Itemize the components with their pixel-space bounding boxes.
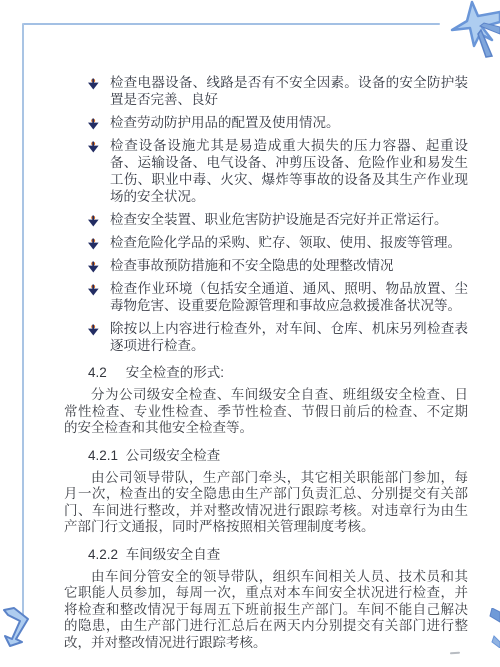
dart-bullet-icon bbox=[88, 140, 99, 152]
list-item-text: 检查作业环境（包括安全通道、通风、照明、物品放置、尘毒物危害、设重要危险源管理和… bbox=[110, 281, 468, 313]
list-item-text: 检查事故预防措施和不安全隐患的处理整改情况 bbox=[110, 258, 394, 273]
list-item: 检查危险化学品的采购、贮存、领取、使用、报废等管理。 bbox=[64, 234, 468, 251]
list-item-text: 检查劳动防护用品的配置及使用情况。 bbox=[110, 115, 340, 130]
section-title: 车间级安全自查 bbox=[126, 547, 221, 562]
list-item-text: 检查设备设施尤其是易造成重大损失的压力容器、起重设备、运输设备、电气设备、冲剪压… bbox=[110, 138, 468, 204]
dart-bullet-icon bbox=[88, 117, 99, 129]
dart-bullet-icon bbox=[88, 77, 99, 89]
section-heading-4-2-2: 4.2.2 车间级安全自查 bbox=[64, 546, 468, 563]
section-heading-4-2-1: 4.2.1 公司级安全检查 bbox=[64, 447, 468, 464]
section-paragraph: 由车间分管安全的领导带队，组织车间相关人员、技术员和其它职能人员参加，每周一次，… bbox=[64, 569, 468, 652]
dart-bullet-icon bbox=[88, 237, 99, 249]
chevron-arrow-partial-icon bbox=[488, 608, 500, 653]
section-number: 4.2.1 bbox=[88, 447, 122, 464]
dart-bullet-icon bbox=[88, 283, 99, 295]
list-item: 检查设备设施尤其是易造成重大损失的压力容器、起重设备、运输设备、电气设备、冲剪压… bbox=[64, 137, 468, 205]
sparkle-star-icon bbox=[434, 0, 500, 65]
dart-bullet-icon bbox=[88, 260, 99, 272]
document-page: 检查电器设备、线路是否有不安全因素。设备的安全防护装置是否完善、良好 检查劳动防… bbox=[0, 0, 500, 667]
section-number: 4.2 bbox=[88, 364, 122, 381]
list-item: 除按以上内容进行检查外，对车间、仓库、机床另列检查表逐项进行检查。 bbox=[64, 320, 468, 354]
page-border-top bbox=[23, 23, 440, 25]
list-item: 检查劳动防护用品的配置及使用情况。 bbox=[64, 114, 468, 131]
safety-check-bullet-list: 检查电器设备、线路是否有不安全因素。设备的安全防护装置是否完善、良好 检查劳动防… bbox=[64, 74, 468, 354]
list-item: 检查事故预防措施和不安全隐患的处理整改情况 bbox=[64, 257, 468, 274]
list-item-text: 检查电器设备、线路是否有不安全因素。设备的安全防护装置是否完善、良好 bbox=[110, 75, 468, 107]
chevron-arrow-icon bbox=[2, 606, 32, 653]
list-item: 检查电器设备、线路是否有不安全因素。设备的安全防护装置是否完善、良好 bbox=[64, 74, 468, 108]
document-content: 检查电器设备、线路是否有不安全因素。设备的安全防护装置是否完善、良好 检查劳动防… bbox=[64, 74, 468, 659]
list-item-text: 除按以上内容进行检查外，对车间、仓库、机床另列检查表逐项进行检查。 bbox=[110, 321, 468, 353]
dart-bullet-icon bbox=[88, 323, 99, 335]
section-number: 4.2.2 bbox=[88, 546, 122, 563]
list-item-text: 检查危险化学品的采购、贮存、领取、使用、报废等管理。 bbox=[110, 235, 461, 250]
list-item: 检查安全装置、职业危害防护设施是否完好并正常运行。 bbox=[64, 211, 468, 228]
list-item: 检查作业环境（包括安全通道、通风、照明、物品放置、尘毒物危害、设重要危险源管理和… bbox=[64, 280, 468, 314]
section-title: 安全检查的形式: bbox=[126, 365, 224, 380]
section-paragraph: 分为公司级安全检查、车间级安全自查、班组级安全检查、日常性检查、专业性检查、季节… bbox=[64, 387, 468, 437]
section-title: 公司级安全检查 bbox=[126, 448, 221, 463]
list-item-text: 检查安全装置、职业危害防护设施是否完好并正常运行。 bbox=[110, 212, 448, 227]
section-heading-4-2: 4.2 安全检查的形式: bbox=[64, 364, 468, 381]
dart-bullet-icon bbox=[88, 214, 99, 226]
page-border-left bbox=[22, 23, 24, 619]
section-paragraph: 由公司领导带队，生产部门牵头，其它相关职能部门参加，每月一次，检查出的安全隐患由… bbox=[64, 470, 468, 536]
